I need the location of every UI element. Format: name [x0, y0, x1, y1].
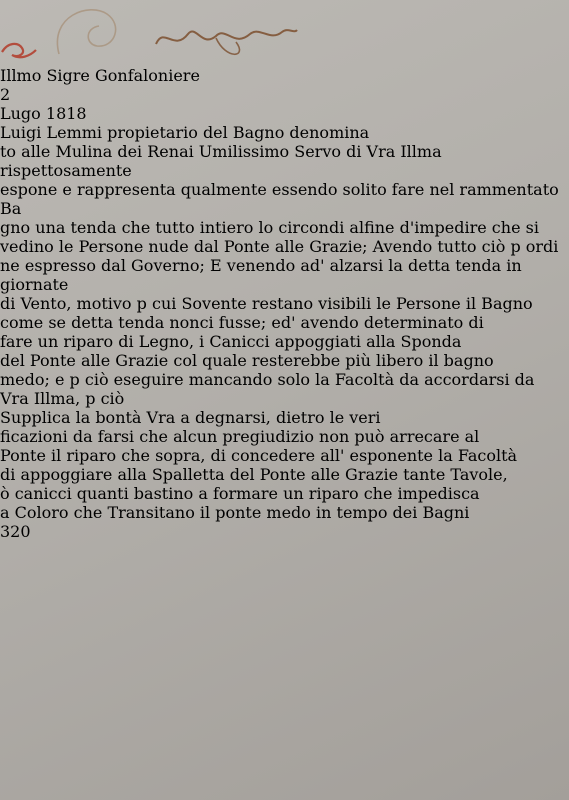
manuscript-photo: Illmo Sigre Gonfaloniere 2 Lugo 1818 Lui… [0, 0, 569, 800]
manuscript-line: ficazioni da farsi che alcun pregiudizio… [0, 427, 569, 446]
gutter-page-edge [0, 18, 16, 784]
manuscript-line: Supplica la bontà Vra a degnarsi, dietro… [0, 408, 569, 427]
date-annotation: Lugo 1818 [0, 104, 569, 123]
ink-flourish [45, 0, 145, 62]
manuscript-line: gno una tenda che tutto intiero lo circo… [0, 218, 569, 237]
manuscript-line: ne espresso dal Governo; E venendo ad' a… [0, 256, 569, 294]
manuscript-line: ò canicci quanti bastino a formare un ri… [0, 484, 569, 503]
registry-number: 2 [0, 85, 569, 104]
manuscript-line: espone e rappresenta qualmente essendo s… [0, 180, 569, 218]
manuscript-line: fare un riparo di Legno, i Canicci appog… [0, 332, 569, 351]
manuscript-line: to alle Mulina dei Renai Umilissimo Serv… [0, 142, 569, 180]
manuscript-line: a Coloro che Transitano il ponte medo in… [0, 503, 569, 522]
manuscript-line: Vra Illma, p ciò [0, 389, 569, 408]
manuscript-line: Ponte il riparo che sopra, di concedere … [0, 446, 569, 465]
manuscript-line: del Ponte alle Grazie col quale restereb… [0, 351, 569, 370]
salutation-line: Illmo Sigre Gonfaloniere [0, 66, 569, 85]
page-number: 320 [0, 522, 569, 541]
manuscript-line: di appoggiare alla Spalletta del Ponte a… [0, 465, 569, 484]
salutation-addressee: Gonfaloniere [95, 66, 200, 85]
manuscript-line: vedino le Persone nude dal Ponte alle Gr… [0, 237, 569, 256]
manuscript-line: come se detta tenda nonci fusse; ed' ave… [0, 313, 569, 332]
salutation-superscript: re [73, 66, 90, 85]
manuscript-line: Luigi Lemmi propietario del Bagno denomi… [0, 123, 569, 142]
manuscript-line: medo; e p ciò eseguire mancando solo la … [0, 370, 569, 389]
signature-scribble [150, 18, 300, 62]
manuscript-line: di Vento, motivo p cui Sovente restano v… [0, 294, 569, 313]
